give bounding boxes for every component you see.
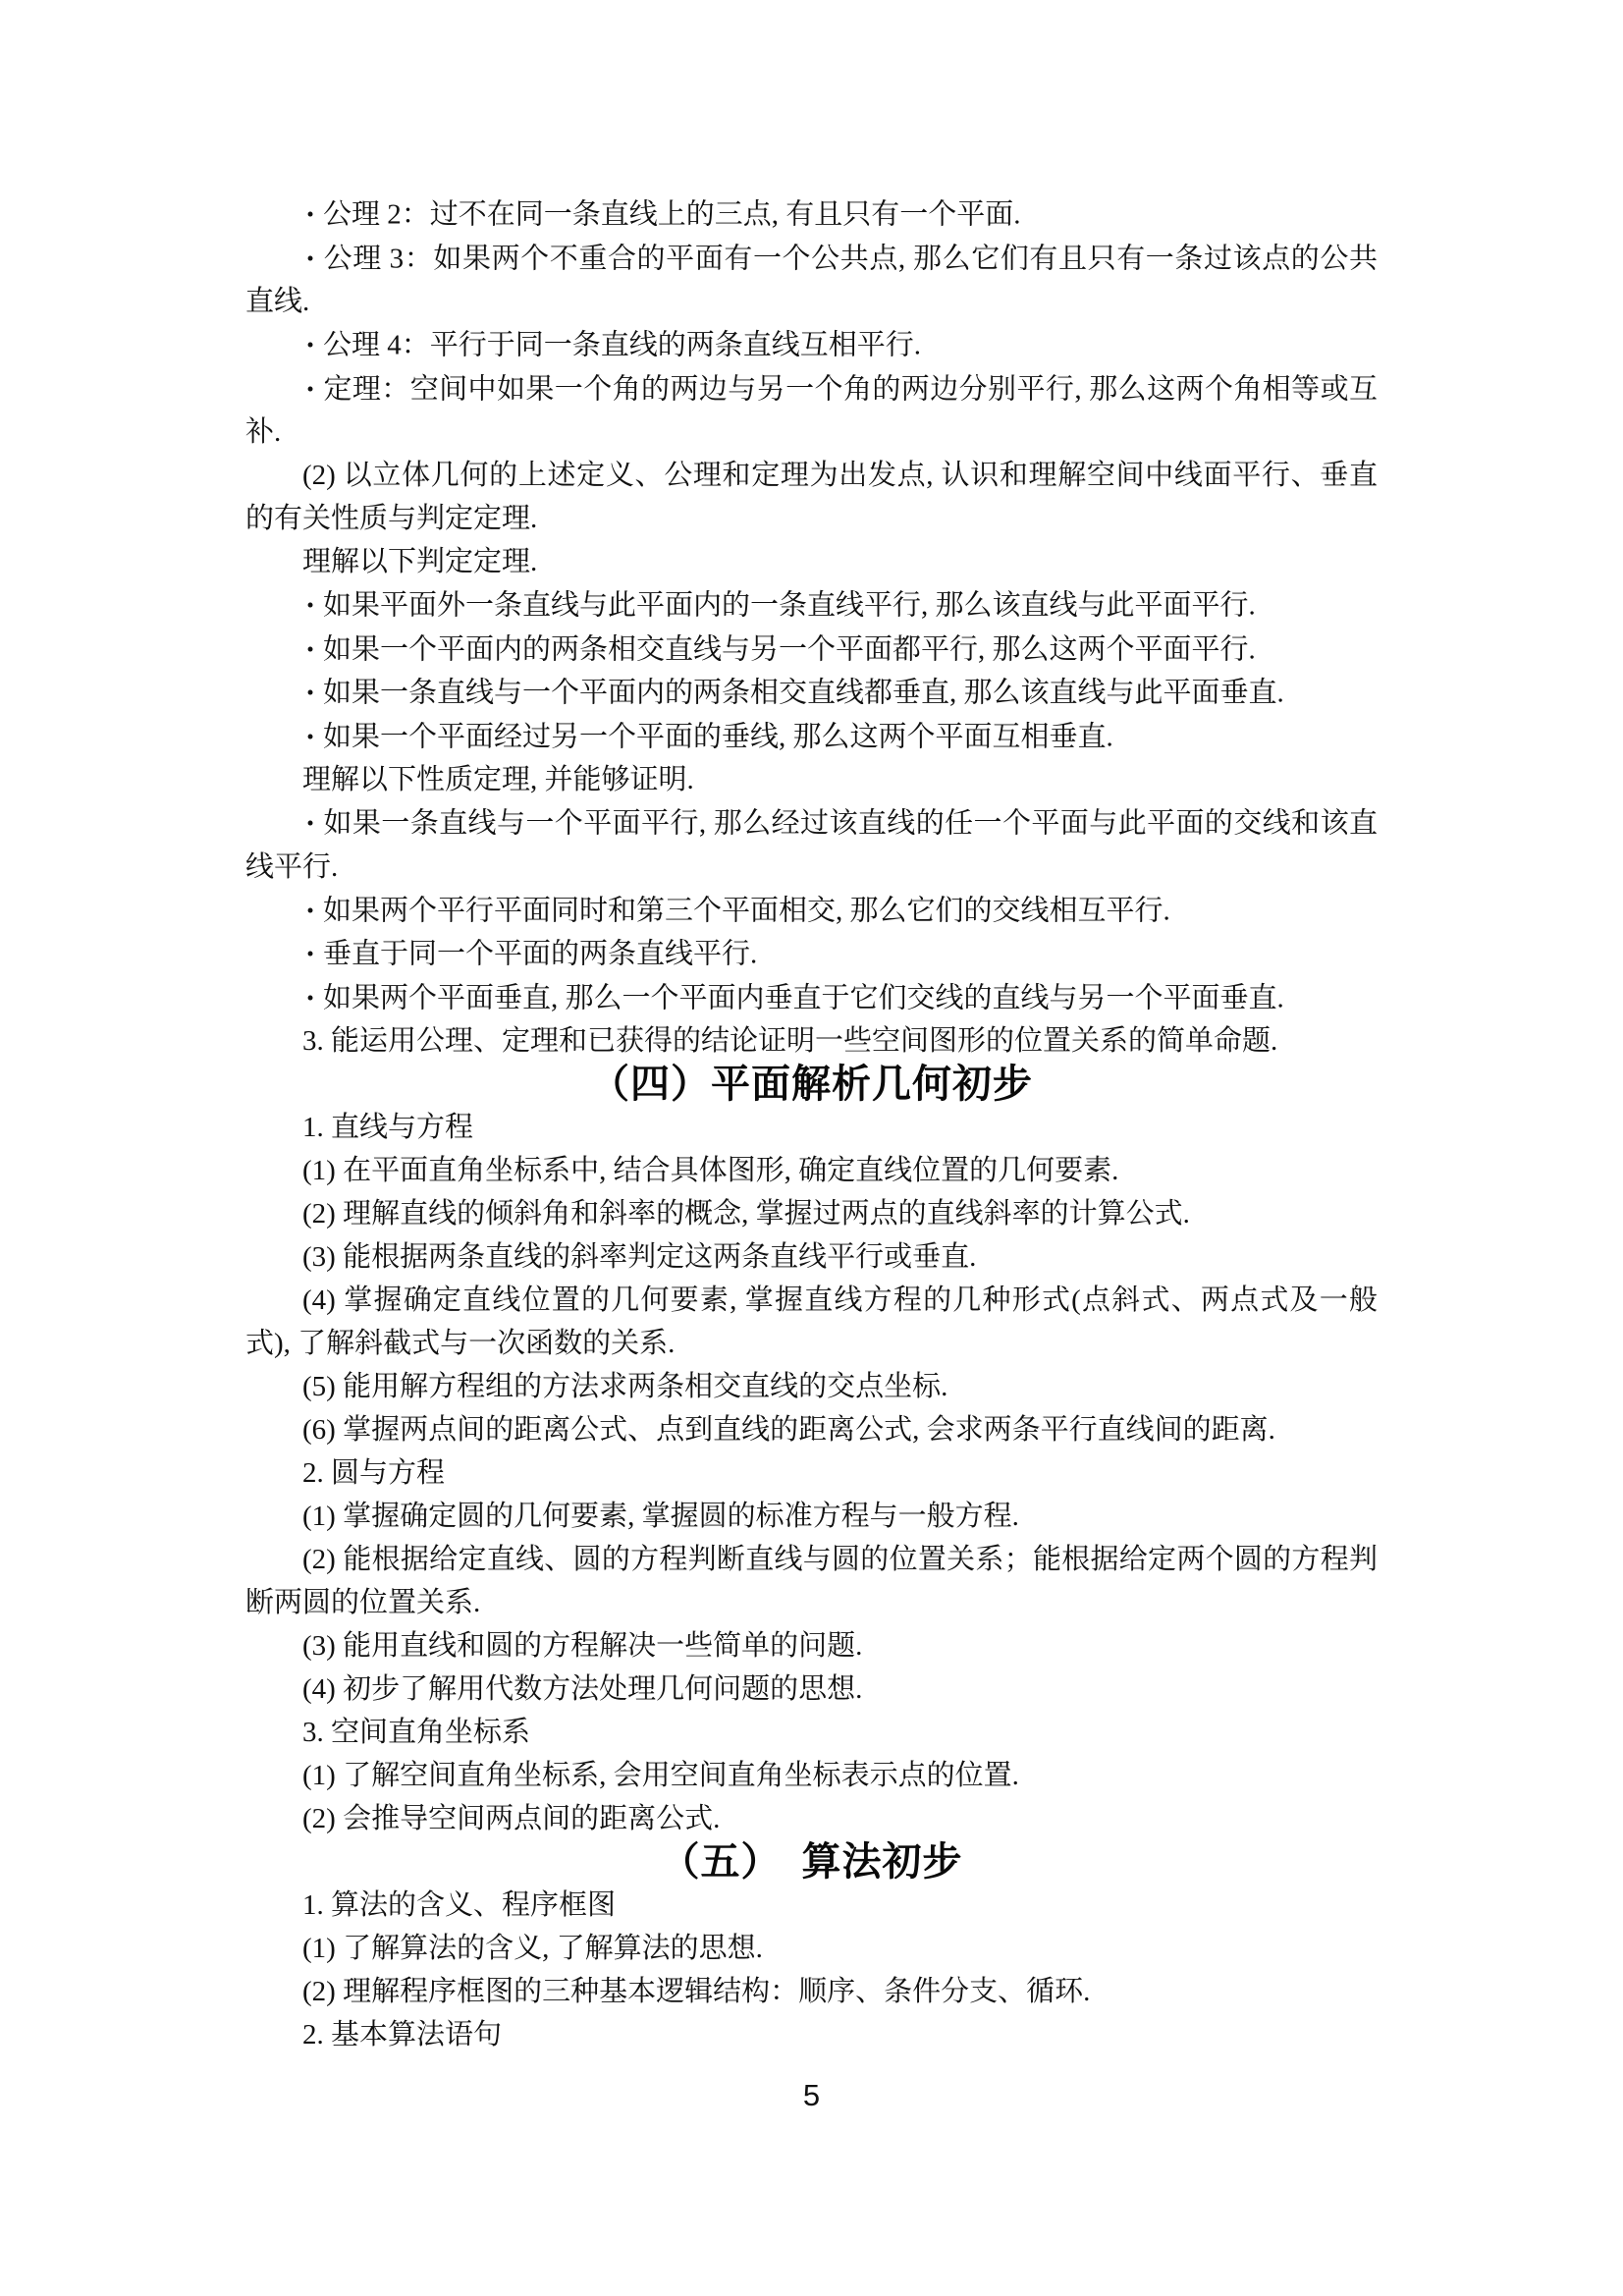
bullet-item: •如果平面外一条直线与此平面内的一条直线平行, 那么该直线与此平面平行. (245, 583, 1378, 628)
paragraph: (6) 掌握两点间的距离公式、点到直线的距离公式, 会求两条平行直线间的距离. (245, 1408, 1378, 1451)
bullet-item-text: 如果一条直线与一个平面内的两条相交直线都垂直, 那么该直线与此平面垂直. (323, 678, 1284, 709)
bullet-icon: • (306, 725, 313, 748)
bullet-icon: • (306, 986, 313, 1010)
bullet-icon: • (306, 942, 313, 965)
bullet-item-text: 如果两个平面垂直, 那么一个平面内垂直于它们交线的直线与另一个平面垂直. (323, 982, 1284, 1013)
paragraph: 2. 圆与方程 (245, 1451, 1378, 1495)
bullet-item-text: 如果两个平行平面同时和第三个平面相交, 那么它们的交线相互平行. (323, 895, 1170, 926)
bullet-item-text: 公理 2：过不在同一条直线上的三点, 有且只有一个平面. (323, 199, 1021, 231)
bullet-item: •如果一个平面经过另一个平面的垂线, 那么这两个平面互相垂直. (245, 715, 1378, 759)
bullet-item-text: 定理：空间中如果一个角的两边与另一个角的两边分别平行, 那么这两个角相等或互补. (245, 373, 1378, 448)
bullet-item-text: 公理 4：平行于同一条直线的两条直线互相平行. (323, 330, 921, 361)
bullet-item-text: 如果一个平面内的两条相交直线与另一个平面都平行, 那么这两个平面平行. (323, 633, 1256, 665)
paragraph: (1) 掌握确定圆的几何要素, 掌握圆的标准方程与一般方程. (245, 1495, 1378, 1538)
bullet-icon: • (306, 681, 313, 704)
page-number: 5 (0, 2074, 1623, 2117)
bullet-icon: • (306, 593, 313, 617)
bullet-icon: • (306, 246, 313, 270)
bullet-icon: • (306, 637, 313, 661)
paragraph: (3) 能根据两条直线的斜率判定这两条直线平行或垂直. (245, 1235, 1378, 1279)
document-page: •公理 2：过不在同一条直线上的三点, 有且只有一个平面.•公理 3：如果两个不… (0, 0, 1623, 2296)
bullet-item-text: 如果一条直线与一个平面平行, 那么经过该直线的任一个平面与此平面的交线和该直线平… (245, 808, 1378, 883)
paragraph: (2) 理解直线的倾斜角和斜率的概念, 掌握过两点的直线斜率的计算公式. (245, 1192, 1378, 1235)
paragraph: (2) 理解程序框图的三种基本逻辑结构：顺序、条件分支、循环. (245, 1970, 1378, 2013)
bullet-item: •如果一个平面内的两条相交直线与另一个平面都平行, 那么这两个平面平行. (245, 628, 1378, 672)
paragraph: (3) 能用直线和圆的方程解决一些简单的问题. (245, 1624, 1378, 1667)
bullet-item: •如果一条直线与一个平面内的两条相交直线都垂直, 那么该直线与此平面垂直. (245, 671, 1378, 715)
paragraph: (1) 了解算法的含义, 了解算法的思想. (245, 1927, 1378, 1970)
paragraph: (1) 在平面直角坐标系中, 结合具体图形, 确定直线位置的几何要素. (245, 1149, 1378, 1192)
document-body: •公理 2：过不在同一条直线上的三点, 有且只有一个平面.•公理 3：如果两个不… (245, 192, 1378, 2056)
bullet-item: •垂直于同一个平面的两条直线平行. (245, 932, 1378, 976)
paragraph: 2. 基本算法语句 (245, 2013, 1378, 2056)
paragraph: 理解以下性质定理, 并能够证明. (245, 758, 1378, 801)
paragraph: 理解以下判定定理. (245, 540, 1378, 583)
bullet-item: •公理 4：平行于同一条直线的两条直线互相平行. (245, 323, 1378, 367)
bullet-icon: • (306, 202, 313, 226)
bullet-item-text: 公理 3：如果两个不重合的平面有一个公共点, 那么它们有且只有一条过该点的公共直… (245, 243, 1378, 317)
paragraph: 1. 直线与方程 (245, 1106, 1378, 1149)
paragraph: (4) 初步了解用代数方法处理几何问题的思想. (245, 1667, 1378, 1711)
bullet-icon: • (306, 333, 313, 356)
paragraph: (5) 能用解方程组的方法求两条相交直线的交点坐标. (245, 1365, 1378, 1408)
paragraph: (4) 掌握确定直线位置的几何要素, 掌握直线方程的几种形式(点斜式、两点式及一… (245, 1279, 1378, 1365)
paragraph: (2) 能根据给定直线、圆的方程判断直线与圆的位置关系；能根据给定两个圆的方程判… (245, 1538, 1378, 1624)
paragraph: 3. 能运用公理、定理和已获得的结论证明一些空间图形的位置关系的简单命题. (245, 1019, 1378, 1063)
bullet-item: •如果两个平面垂直, 那么一个平面内垂直于它们交线的直线与另一个平面垂直. (245, 976, 1378, 1020)
bullet-icon: • (306, 377, 313, 401)
bullet-item: •公理 3：如果两个不重合的平面有一个公共点, 那么它们有且只有一条过该点的公共… (245, 237, 1378, 324)
paragraph: 1. 算法的含义、程序框图 (245, 1884, 1378, 1927)
bullet-icon: • (306, 899, 313, 922)
paragraph: (2) 以立体几何的上述定义、公理和定理为出发点, 认识和理解空间中线面平行、垂… (245, 454, 1378, 540)
paragraph: (1) 了解空间直角坐标系, 会用空间直角坐标表示点的位置. (245, 1754, 1378, 1797)
bullet-item-text: 垂直于同一个平面的两条直线平行. (323, 939, 757, 970)
bullet-item: •如果两个平行平面同时和第三个平面相交, 那么它们的交线相互平行. (245, 889, 1378, 933)
bullet-item-text: 如果平面外一条直线与此平面内的一条直线平行, 那么该直线与此平面平行. (323, 590, 1256, 622)
bullet-icon: • (306, 811, 313, 835)
bullet-item: •如果一条直线与一个平面平行, 那么经过该直线的任一个平面与此平面的交线和该直线… (245, 801, 1378, 889)
paragraph: 3. 空间直角坐标系 (245, 1711, 1378, 1754)
section-heading: （四）平面解析几何初步 (245, 1063, 1378, 1106)
bullet-item: •公理 2：过不在同一条直线上的三点, 有且只有一个平面. (245, 192, 1378, 237)
bullet-item-text: 如果一个平面经过另一个平面的垂线, 那么这两个平面互相垂直. (323, 721, 1113, 752)
section-heading: （五） 算法初步 (245, 1840, 1378, 1884)
paragraph: (2) 会推导空间两点间的距离公式. (245, 1797, 1378, 1840)
bullet-item: •定理：空间中如果一个角的两边与另一个角的两边分别平行, 那么这两个角相等或互补… (245, 367, 1378, 455)
